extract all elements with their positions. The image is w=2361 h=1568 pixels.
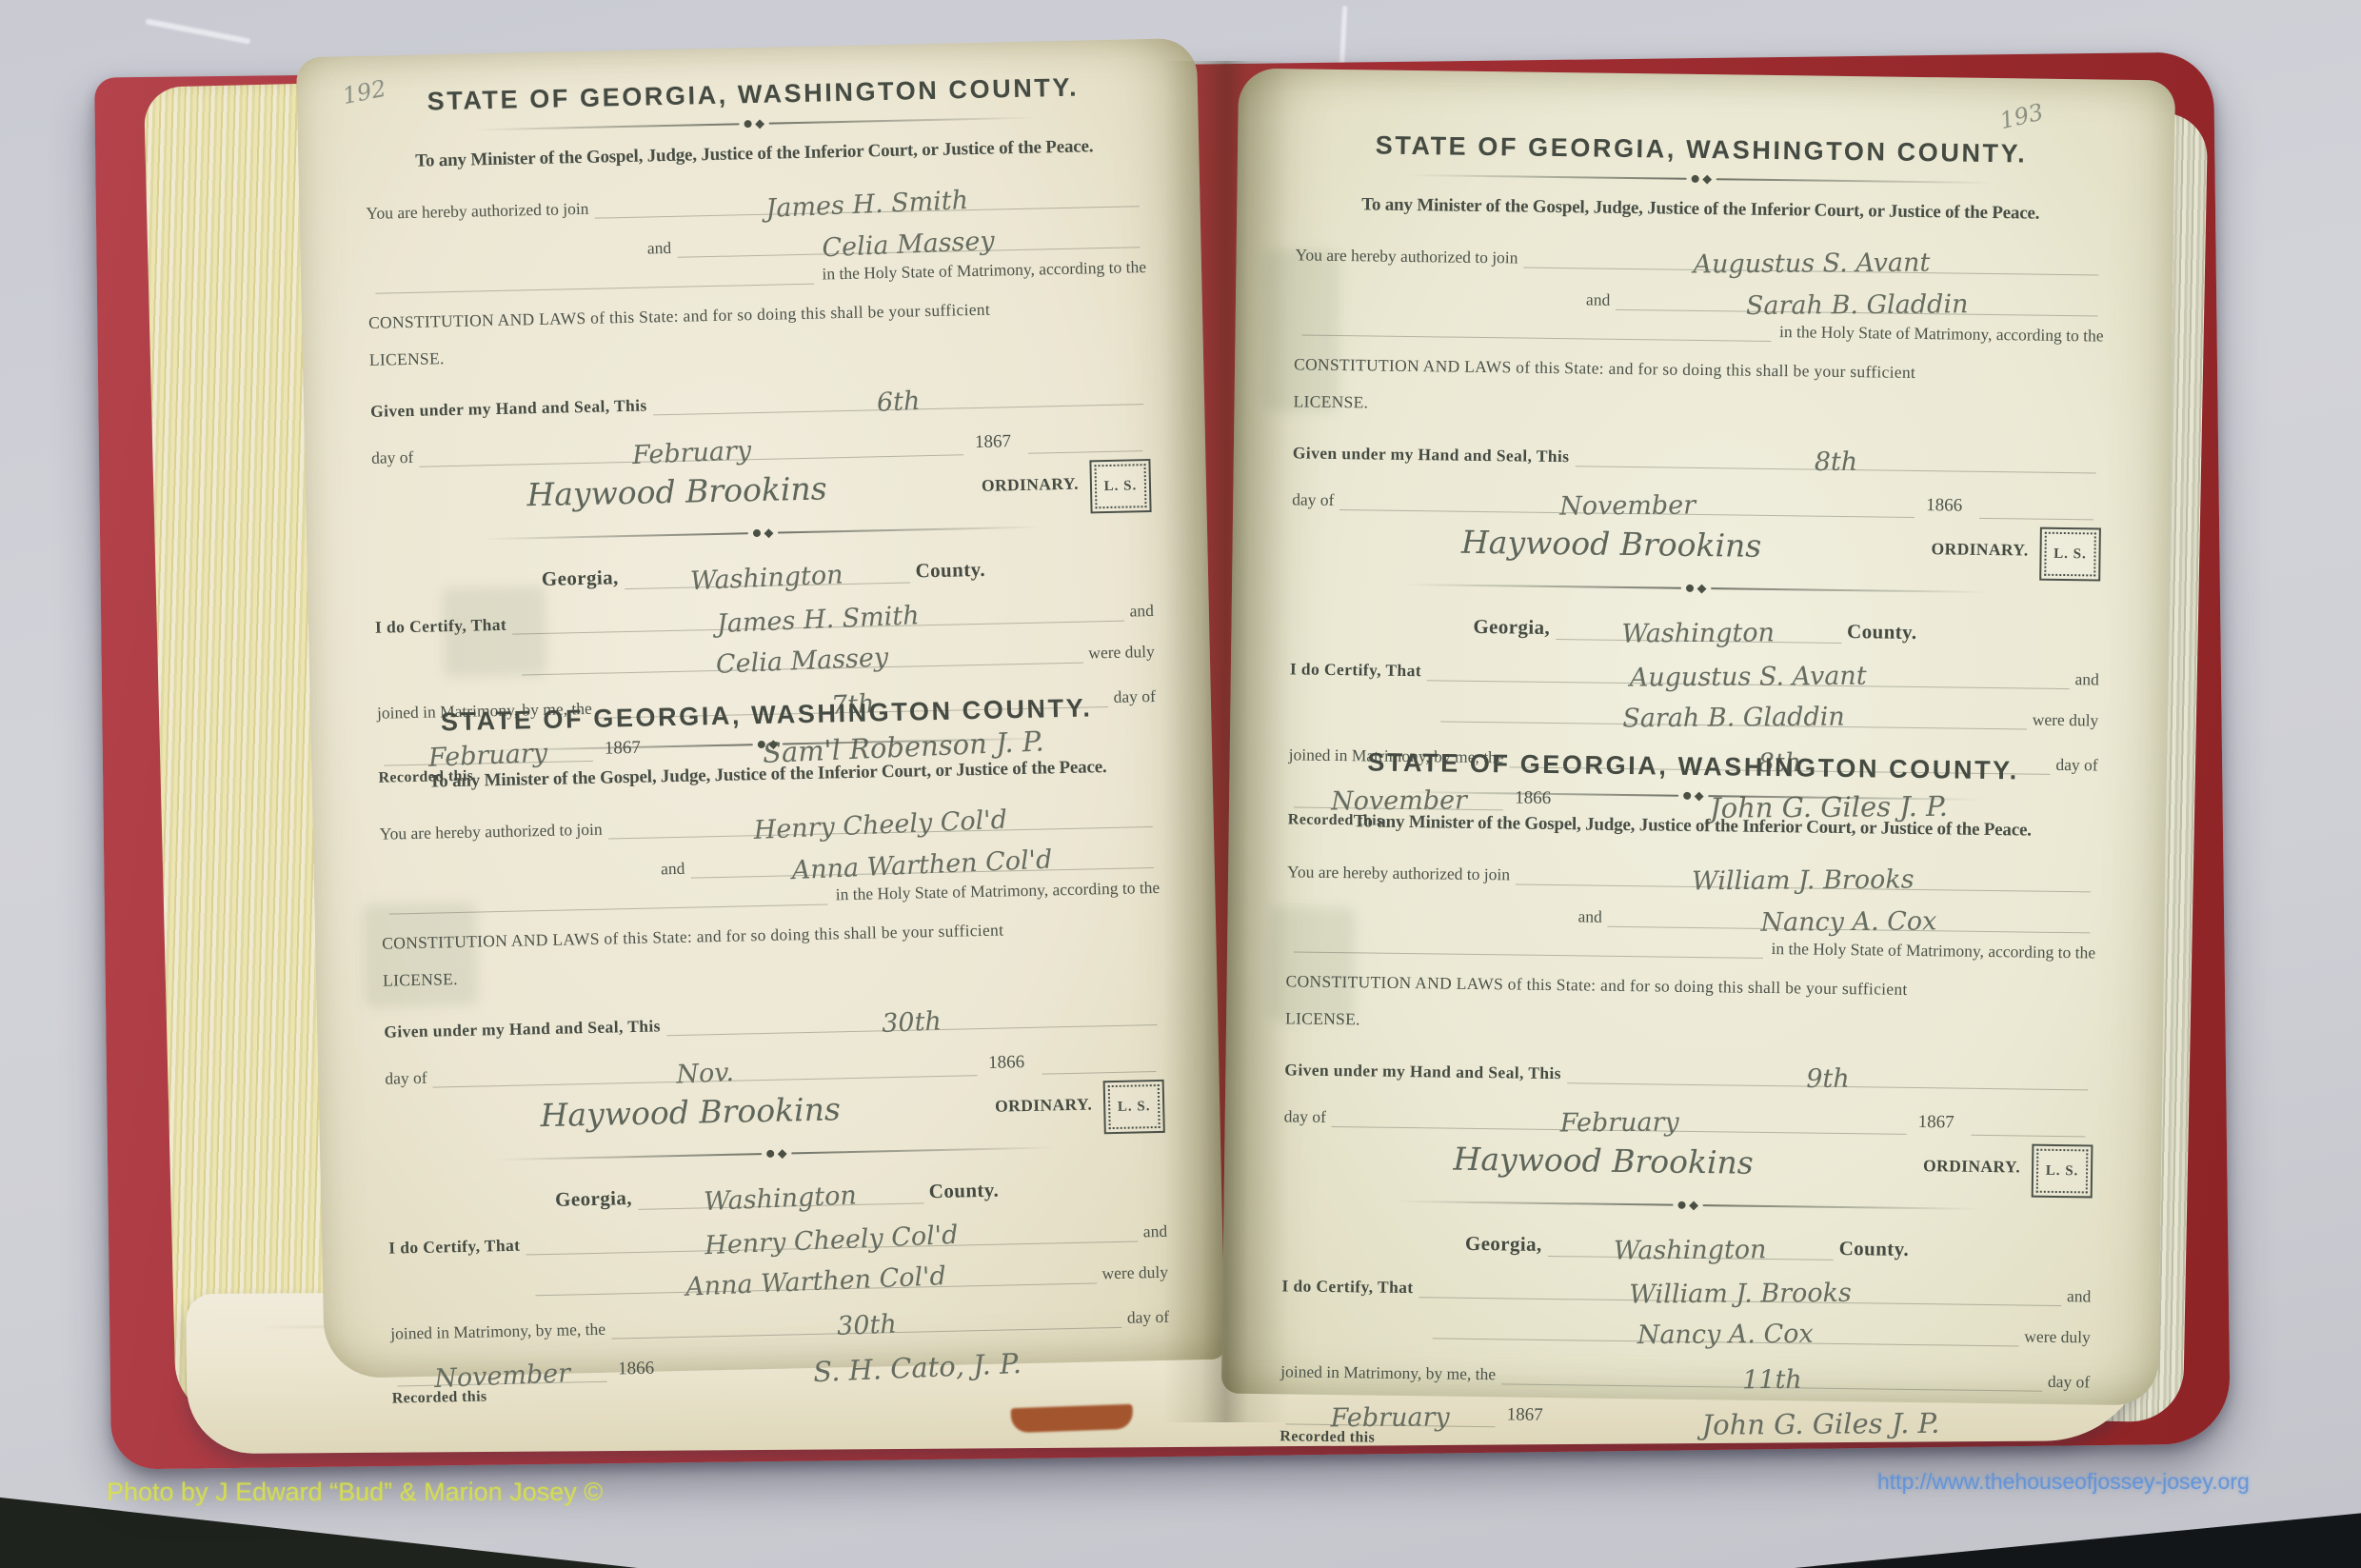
matrimony-row: in the Holy State of Matrimony, accordin… [381, 878, 1160, 915]
groom-name: William J. Brooks [1692, 868, 1915, 893]
and-label: and [1129, 601, 1154, 622]
license-day: 6th [876, 390, 920, 415]
matrimony-label: in the Holy State of Matrimony, accordin… [822, 257, 1146, 284]
ornament-divider [496, 1142, 1057, 1164]
marriage-month: November [433, 1362, 570, 1391]
joined-label: joined in Matrimony, by me, the [390, 1320, 605, 1344]
divider-diamond-icon [768, 740, 778, 749]
divider-diamond-icon [755, 119, 764, 129]
were-duly-label: were duly [1088, 642, 1155, 664]
day-of-row: day of November 1866 [1292, 474, 2101, 520]
ls-seal-label: L. S. [1118, 1099, 1151, 1116]
certify-groom: William J. Brooks [1629, 1281, 1852, 1306]
certify-label: I do Certify, That [1281, 1276, 1413, 1298]
divider-line [483, 532, 748, 540]
ls-seal-label: L. S. [2053, 546, 2087, 562]
certify-groom-line: Henry Cheely Col'd [526, 1207, 1138, 1256]
divider-line [473, 123, 739, 130]
ls-seal-label: L. S. [2046, 1162, 2079, 1179]
blank-line [1979, 499, 2093, 521]
cover-sliver [1011, 1404, 1134, 1433]
day-of-label: day of [2048, 1372, 2091, 1393]
ornament-divider [1397, 1197, 1979, 1214]
ordinary-label: ORDINARY. [995, 1094, 1092, 1116]
day-of-label: day of [1292, 489, 1335, 510]
constitution-line: CONSTITUTION AND LAWS of this State: and… [1294, 354, 2103, 385]
authorize-label: You are hereby authorized to join [1287, 862, 1510, 884]
day-of-row: day of February 1867 [371, 416, 1151, 468]
book-page-right: 193 STATE OF GEORGIA, WASHINGTON COUNTY.… [1221, 69, 2175, 1406]
website-watermark: http://www.thehouseofjossey-josey.org [1877, 1469, 2250, 1495]
divider-dot-icon [1685, 585, 1693, 592]
license-month: Nov. [676, 1062, 734, 1087]
bride-line: Nancy A. Cox [1608, 892, 2091, 934]
signature-wrap: Haywood Brookins [372, 470, 982, 513]
address-line: To any Minister of the Gospel, Judge, Ju… [365, 135, 1143, 173]
georgia-county-row: Georgia, Washington County. [1282, 1218, 2092, 1263]
address-line: To any Minister of the Gospel, Judge, Ju… [378, 756, 1157, 794]
license-year: 1867 [1918, 1112, 1954, 1133]
marriage-record: STATE OF GEORGIA, WASHINGTON COUNTY. To … [364, 71, 1156, 709]
divider-line [1401, 791, 1678, 797]
form-spacer [1281, 1337, 1427, 1339]
book-page-left: 192 STATE OF GEORGIA, WASHINGTON COUNTY.… [296, 38, 1225, 1379]
certify-bride: Anna Warthen Col'd [685, 1265, 947, 1300]
divider-line [496, 1153, 762, 1161]
license-label: LICENSE. [1293, 391, 2102, 422]
matrimony-label: in the Holy State of Matrimony, accordin… [1771, 939, 2095, 963]
marriage-day: 30th [836, 1313, 897, 1339]
photo-credit-watermark: Photo by J Edward “Bud” & Marion Josey © [107, 1478, 603, 1507]
ordinary-label: ORDINARY. [1923, 1156, 2020, 1177]
license-day: 30th [882, 1010, 942, 1036]
ordinary-signature-row: Haywood Brookins ORDINARY. L. S. [1283, 1134, 2093, 1190]
constitution-line: CONSTITUTION AND LAWS of this State: and… [382, 917, 1161, 954]
marriage-record: STATE OF GEORGIA, WASHINGTON COUNTY. To … [377, 692, 1169, 1330]
divider-dot-icon [1691, 175, 1698, 183]
divider-diamond-icon [1702, 174, 1712, 184]
bride-line: Celia Massey [677, 212, 1141, 258]
license-label: LICENSE. [369, 333, 1148, 370]
georgia-county-row: Georgia, Washington County. [373, 543, 1153, 595]
given-row: Given under my Hand and Seal, This 9th [1284, 1044, 2093, 1090]
license-day-line: 6th [652, 369, 1143, 415]
county-name: Washington [1614, 1239, 1767, 1263]
and-label: and [2067, 1286, 2092, 1306]
given-row: Given under my Hand and Seal, This 30th [384, 990, 1163, 1042]
certify-bride-line: Sarah B. Gladdin [1440, 686, 2027, 729]
license-day: 9th [1806, 1067, 1850, 1091]
divider-line [768, 117, 1034, 125]
county-line: Washington [637, 1168, 923, 1210]
ornament-divider [1404, 580, 1987, 597]
signature-wrap: Haywood Brookins [1291, 526, 1931, 564]
certify-groom-line: Augustus S. Avant [1427, 645, 2070, 689]
marriage-day: 11th [1742, 1369, 1802, 1393]
ordinary-signature: Haywood Brookins [1461, 523, 1762, 564]
blank-line [388, 885, 828, 915]
georgia-label: Georgia, [542, 566, 619, 591]
day-of-row: day of February 1867 [1284, 1091, 2093, 1137]
divider-dot-icon [744, 120, 751, 128]
signature-wrap: Haywood Brookins [386, 1091, 996, 1134]
divider-line [486, 744, 752, 751]
ordinary-signature: Haywood Brookins [1453, 1140, 1754, 1181]
divider-diamond-icon [1694, 791, 1703, 801]
divider-diamond-icon [764, 528, 773, 538]
matrimony-row: in the Holy State of Matrimony, accordin… [1294, 315, 2103, 346]
divider-line [782, 737, 1047, 744]
license-year: 1867 [975, 431, 1011, 453]
license-month: February [1559, 1111, 1678, 1135]
divider-line [1716, 178, 1993, 184]
matrimony-label: in the Holy State of Matrimony, accordin… [1779, 322, 2104, 346]
blank-line [1972, 1116, 2086, 1138]
and-label: and [661, 859, 685, 880]
constitution-line: CONSTITUTION AND LAWS of this State: and… [368, 296, 1147, 333]
divider-diamond-icon [777, 1149, 786, 1159]
day-of-label: day of [371, 447, 414, 468]
certify-groom-line: William J. Brooks [1419, 1262, 2061, 1306]
certify-row: I do Certify, That William J. Brooks and [1281, 1260, 2091, 1306]
given-label: Given under my Hand and Seal, This [1284, 1060, 1561, 1083]
divider-dot-icon [1683, 792, 1691, 800]
authorize-label: You are hereby authorized to join [380, 820, 603, 844]
given-label: Given under my Hand and Seal, This [1293, 443, 1570, 466]
blank-line [1294, 932, 1764, 958]
authorize-label: You are hereby authorized to join [1295, 245, 1518, 268]
groom-line: James H. Smith [594, 171, 1140, 218]
license-label: LICENSE. [1285, 1008, 2094, 1039]
marriage-month: February [1331, 1406, 1450, 1430]
certify-bride: Nancy A. Cox [1637, 1322, 1814, 1347]
constitution-line: CONSTITUTION AND LAWS of this State: and… [1285, 971, 2094, 1002]
county-name: Washington [690, 564, 843, 593]
ordinary-signature-row: Haywood Brookins ORDINARY. L. S. [386, 1080, 1165, 1142]
county-line: Washington [1548, 1221, 1834, 1260]
license-day-line: 30th [665, 990, 1157, 1036]
divider-diamond-icon [1689, 1201, 1698, 1210]
day-of-row: day of Nov. 1866 [385, 1037, 1164, 1089]
bride-line: Sarah B. Gladdin [1616, 275, 2098, 317]
given-label: Given under my Hand and Seal, This [384, 1016, 661, 1042]
form-spacer [1286, 923, 1577, 926]
license-month-line: February [1332, 1092, 1907, 1135]
form-spacer [381, 879, 661, 884]
address-line: To any Minister of the Gospel, Judge, Ju… [1296, 193, 2105, 225]
bride-name: Anna Warthen Col'd [791, 848, 1053, 883]
bride-name: Celia Massey [822, 229, 995, 260]
ornament-divider [473, 113, 1034, 135]
license-day-line: 8th [1575, 431, 2096, 473]
county-name: Washington [1622, 622, 1776, 646]
groom-line: Augustus S. Avant [1523, 233, 2098, 276]
ordinary-signature: Haywood Brookins [540, 1090, 841, 1134]
record-title: STATE OF GEORGIA, WASHINGTON COUNTY. [364, 71, 1142, 118]
license-day: 8th [1814, 450, 1857, 474]
officiant-signature: S. H. Cato, J. P. [812, 1351, 1022, 1384]
license-month-line: February [419, 420, 963, 466]
county-label: County. [1838, 1237, 1909, 1261]
county-name: Washington [704, 1184, 857, 1214]
and-label: and [647, 238, 672, 259]
georgia-label: Georgia, [555, 1186, 632, 1212]
authorize-row: You are hereby authorized to join August… [1295, 229, 2104, 275]
marriage-month-line: February [1286, 1389, 1496, 1427]
divider-line [1410, 174, 1687, 180]
ornament-divider [1410, 170, 1993, 188]
license-month: February [631, 440, 751, 468]
form-spacer [1289, 720, 1435, 722]
county-line: Washington [1556, 605, 1841, 644]
license-label: LICENSE. [383, 953, 1161, 990]
groom-line: Henry Cheely Col'd [607, 792, 1153, 839]
certify-bride: Sarah B. Gladdin [1622, 705, 1845, 730]
form-spacer [367, 258, 647, 264]
and-label: and [1577, 906, 1602, 926]
blank-line [1301, 316, 1772, 342]
joined-row: joined in Matrimony, by me, the 30th day… [390, 1292, 1170, 1344]
photo-scene: 192 STATE OF GEORGIA, WASHINGTON COUNTY.… [0, 0, 2361, 1568]
county-line: Washington [624, 548, 910, 590]
certify-bride-line: Nancy A. Cox [1433, 1303, 2019, 1346]
page-number: 193 [1997, 99, 2046, 135]
joined-label: joined in Matrimony, by me, the [1280, 1361, 1496, 1384]
georgia-label: Georgia, [1465, 1232, 1542, 1257]
blank-line [1028, 431, 1142, 454]
given-row: Given under my Hand and Seal, This 6th [370, 369, 1150, 422]
blank-line [375, 265, 815, 294]
groom-name: Augustus S. Avant [1693, 251, 1930, 276]
marriage-day-line: 11th [1501, 1349, 2042, 1391]
divider-line [1708, 795, 1985, 801]
matrimony-row: in the Holy State of Matrimony, accordin… [367, 257, 1146, 294]
divider-line [1711, 587, 1988, 593]
were-duly-label: were duly [2024, 1327, 2091, 1348]
divider-diamond-icon [1696, 584, 1706, 593]
given-label: Given under my Hand and Seal, This [370, 396, 647, 422]
officiant-signature-line: John G. Giles J. P. [1557, 1394, 2083, 1435]
county-label: County. [1847, 620, 1917, 645]
county-label: County. [915, 558, 985, 584]
officiant-signature: John G. Giles J. P. [1702, 1411, 1940, 1438]
ls-seal: L. S. [1089, 459, 1151, 513]
ornament-divider [1401, 787, 1984, 804]
ornament-divider [482, 522, 1042, 544]
divider-line [1397, 1201, 1674, 1206]
record-title: STATE OF GEORGIA, WASHINGTON COUNTY. [1297, 129, 2106, 169]
certify-label: I do Certify, That [375, 615, 507, 638]
license-day-line: 9th [1567, 1048, 2089, 1090]
marriage-year: 1867 [1507, 1404, 1543, 1425]
certify-groom: James H. Smith [717, 605, 920, 636]
marriage-record: STATE OF GEORGIA, WASHINGTON COUNTY. To … [1289, 129, 2106, 757]
were-duly-label: were duly [1101, 1262, 1168, 1284]
signature-wrap: Haywood Brookins [1283, 1142, 1923, 1181]
divider-line [1404, 584, 1681, 589]
address-line: To any Minister of the Gospel, Judge, Ju… [1288, 810, 2097, 842]
ordinary-signature: Haywood Brookins [526, 469, 827, 513]
certify-label: I do Certify, That [388, 1236, 521, 1259]
marriage-month-line: November [397, 1347, 607, 1387]
ls-seal-label: L. S. [1104, 478, 1138, 495]
divider-dot-icon [757, 741, 764, 748]
bride-name: Sarah B. Gladdin [1746, 293, 1969, 318]
license-year: 1866 [1926, 495, 1962, 516]
bride-name: Nancy A. Cox [1761, 910, 1937, 935]
matrimony-row: in the Holy State of Matrimony, accordin… [1286, 932, 2095, 963]
marriage-record: STATE OF GEORGIA, WASHINGTON COUNTY. To … [1280, 746, 2097, 1374]
book-gutter-shadow [1163, 61, 1289, 1422]
matrimony-label: in the Holy State of Matrimony, accordin… [836, 878, 1161, 904]
divider-line [791, 1146, 1057, 1154]
divider-dot-icon [1677, 1201, 1685, 1209]
license-year: 1866 [988, 1052, 1024, 1074]
certify-groom: Augustus S. Avant [1630, 665, 1867, 689]
divider-line [1702, 1204, 1979, 1210]
day-of-label: day of [385, 1068, 427, 1089]
table-scratch [145, 18, 250, 44]
groom-name: James H. Smith [765, 189, 968, 221]
authorize-label: You are hereby authorized to join [366, 199, 588, 224]
georgia-county-row: Georgia, Washington County. [1290, 601, 2099, 646]
license-month-line: Nov. [432, 1041, 977, 1087]
joined-row: joined in Matrimony, by me, the 11th day… [1280, 1346, 2090, 1392]
georgia-county-row: Georgia, Washington County. [387, 1163, 1167, 1216]
ordinary-signature-row: Haywood Brookins ORDINARY. L. S. [1291, 517, 2101, 573]
certify-row: I do Certify, That Augustus S. Avant and [1290, 644, 2099, 689]
blank-line [1042, 1052, 1156, 1075]
ls-seal: L. S. [1103, 1080, 1165, 1134]
authorize-row: You are hereby authorized to join Willia… [1287, 846, 2096, 892]
divider-line [777, 526, 1042, 533]
ordinary-label: ORDINARY. [1931, 539, 2028, 560]
and-label: and [1586, 289, 1611, 309]
ls-seal: L. S. [2032, 1144, 2093, 1199]
ordinary-signature-row: Haywood Brookins ORDINARY. L. S. [372, 459, 1152, 522]
given-row: Given under my Hand and Seal, This 8th [1293, 427, 2102, 473]
county-label: County. [929, 1179, 1000, 1204]
day-of-label: day of [1284, 1106, 1327, 1127]
divider-dot-icon [752, 529, 760, 537]
certify-groom-line: James H. Smith [512, 586, 1124, 635]
license-month: November [1559, 494, 1696, 518]
certify-label: I do Certify, That [1290, 659, 1421, 681]
marriage-year: 1866 [618, 1359, 654, 1380]
certify-bride: Celia Massey [716, 646, 889, 677]
divider-dot-icon [766, 1150, 774, 1158]
form-spacer [389, 1296, 529, 1299]
were-duly-label: were duly [2033, 710, 2099, 731]
ls-seal: L. S. [2039, 527, 2101, 582]
form-spacer [1295, 306, 1586, 309]
georgia-label: Georgia, [1473, 615, 1550, 640]
ornament-divider [486, 733, 1047, 755]
groom-line: William J. Brooks [1516, 850, 2091, 893]
marriage-month-row: February 1867 John G. Giles J. P. [1280, 1389, 2090, 1435]
ordinary-label: ORDINARY. [982, 473, 1079, 495]
and-label: and [2074, 669, 2099, 689]
form-spacer [376, 676, 516, 679]
license-month-line: November [1339, 475, 1915, 518]
